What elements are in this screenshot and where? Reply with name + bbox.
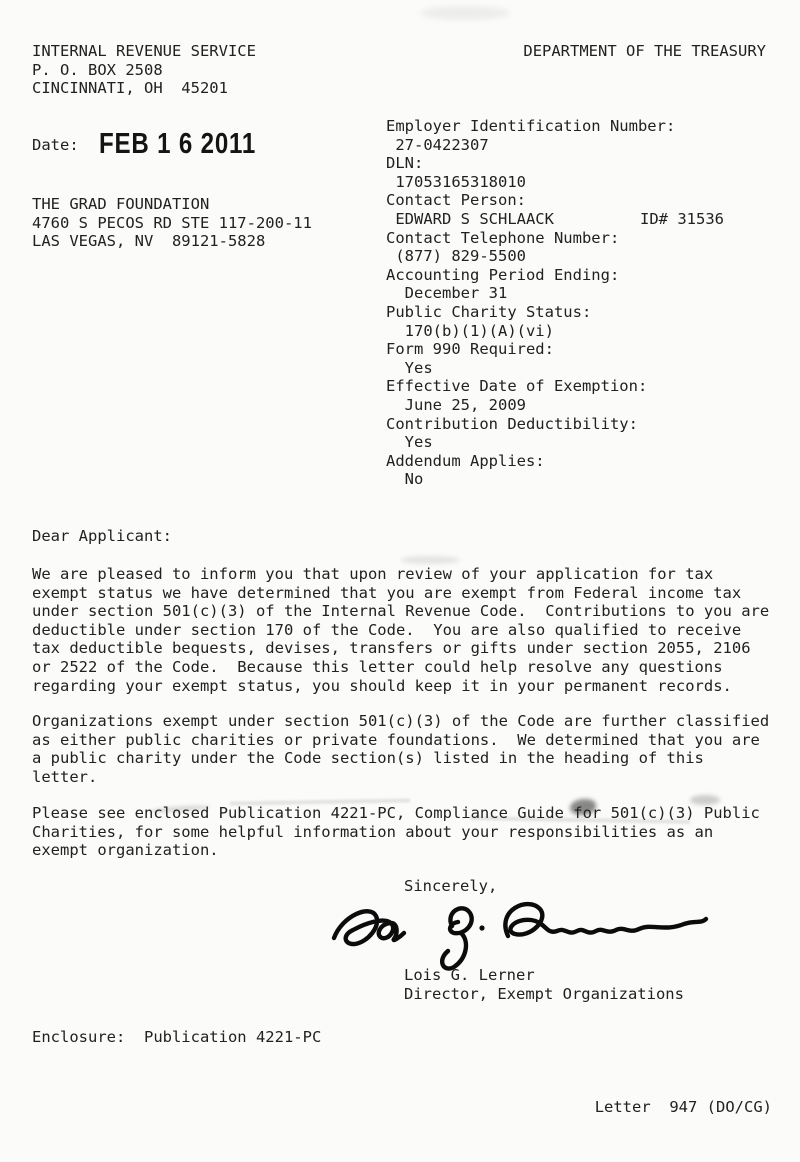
recipient-line: THE GRAD FOUNDATION — [32, 195, 312, 214]
info-label: Addendum Applies: — [386, 452, 675, 471]
info-row-effective-date: Effective Date of Exemption: June 25, 20… — [386, 377, 675, 414]
signatory-name: Lois G. Lerner — [404, 966, 535, 985]
scanned-letter-page: INTERNAL REVENUE SERVICE P. O. BOX 2508 … — [0, 0, 800, 1162]
info-value: December 31 — [386, 284, 675, 303]
sender-line: P. O. BOX 2508 — [32, 61, 256, 80]
info-value: EDWARD S SCHLAACKID# 31536 — [386, 210, 675, 229]
info-value: 170(b)(1)(A)(vi) — [386, 322, 675, 341]
info-label: Employer Identification Number: — [386, 117, 675, 136]
body-paragraph-2: Organizations exempt under section 501(c… — [32, 712, 769, 786]
signature-image — [330, 890, 710, 976]
info-row-dln: DLN: 17053165318010 — [386, 154, 675, 191]
sender-address-block: INTERNAL REVENUE SERVICE P. O. BOX 2508 … — [32, 42, 256, 98]
info-value: No — [386, 470, 675, 489]
recipient-line: LAS VEGAS, NV 89121-5828 — [32, 232, 312, 251]
info-row-addendum: Addendum Applies: No — [386, 452, 675, 489]
info-value: 17053165318010 — [386, 173, 675, 192]
contact-person-id: ID# 31536 — [640, 210, 724, 229]
enclosure-note: Enclosure: Publication 4221-PC — [32, 1028, 321, 1047]
info-value: June 25, 2009 — [386, 396, 675, 415]
scan-artifact — [420, 6, 510, 20]
info-label: Contact Person: — [386, 191, 675, 210]
info-label: Contact Telephone Number: — [386, 229, 675, 248]
body-paragraph-3: Please see enclosed Publication 4221-PC,… — [32, 804, 760, 860]
info-label: Public Charity Status: — [386, 303, 675, 322]
sender-line: CINCINNATI, OH 45201 — [32, 79, 256, 98]
recipient-address-block: THE GRAD FOUNDATION 4760 S PECOS RD STE … — [32, 195, 312, 251]
info-row-public-charity-status: Public Charity Status: 170(b)(1)(A)(vi) — [386, 303, 675, 340]
info-label: Effective Date of Exemption: — [386, 377, 675, 396]
info-row-contact-person: Contact Person: EDWARD S SCHLAACKID# 315… — [386, 191, 675, 228]
info-label: DLN: — [386, 154, 675, 173]
date-label: Date: — [32, 136, 79, 155]
info-value: 27-0422307 — [386, 136, 675, 155]
info-row-form-990: Form 990 Required: Yes — [386, 340, 675, 377]
info-row-contribution-deductibility: Contribution Deductibility: Yes — [386, 415, 675, 452]
salutation: Dear Applicant: — [32, 527, 172, 546]
info-label: Contribution Deductibility: — [386, 415, 675, 434]
sender-line: INTERNAL REVENUE SERVICE — [32, 42, 256, 61]
heading-info-column: Employer Identification Number: 27-04223… — [386, 117, 675, 489]
department-header: DEPARTMENT OF THE TREASURY — [523, 42, 766, 61]
info-value: Yes — [386, 359, 675, 378]
letter-number: Letter 947 (DO/CG) — [595, 1098, 772, 1117]
info-label: Form 990 Required: — [386, 340, 675, 359]
info-row-accounting-period: Accounting Period Ending: December 31 — [386, 266, 675, 303]
contact-person-name: EDWARD S SCHLAACK — [386, 210, 554, 228]
body-paragraph-1: We are pleased to inform you that upon r… — [32, 565, 769, 695]
scan-artifact — [400, 556, 460, 564]
info-row-ein: Employer Identification Number: 27-04223… — [386, 117, 675, 154]
date-stamp: FEB 1 6 2011 — [99, 129, 256, 159]
recipient-line: 4760 S PECOS RD STE 117-200-11 — [32, 214, 312, 233]
handwritten-signature — [330, 890, 710, 976]
info-row-telephone: Contact Telephone Number: (877) 829-5500 — [386, 229, 675, 266]
signatory-title: Director, Exempt Organizations — [404, 985, 684, 1004]
info-value: (877) 829-5500 — [386, 247, 675, 266]
info-value: Yes — [386, 433, 675, 452]
info-label: Accounting Period Ending: — [386, 266, 675, 285]
